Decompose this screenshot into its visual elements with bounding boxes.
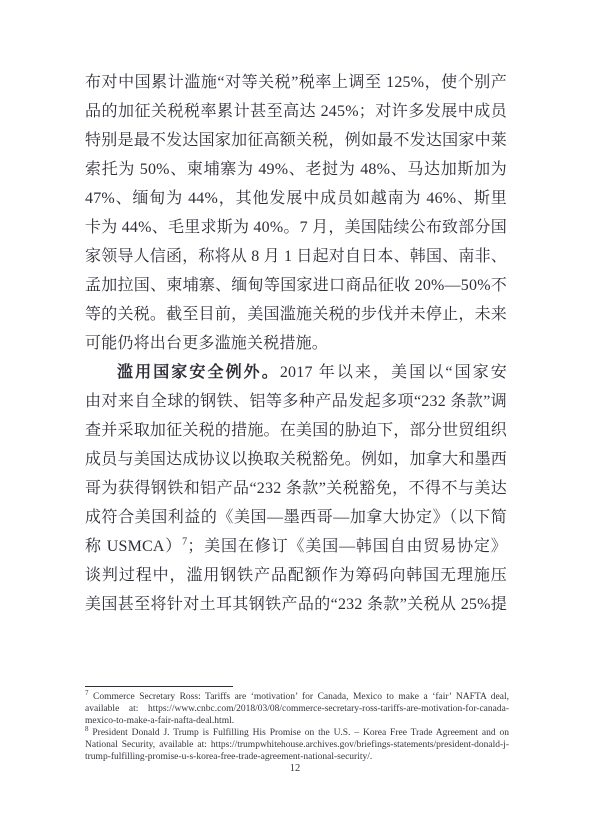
text-line-p2-3: 查并采取加征关税的措施。在美国的胁迫下，部分世贸组织 bbox=[85, 416, 507, 445]
text-line-p2-8: 谈判过程中，滥用钢铁产品配额作为筹码向韩国无理施压8。 bbox=[85, 561, 507, 590]
text-run: 查并采取加征关税的措施。在美国的胁迫下，部分世贸组织 bbox=[85, 422, 507, 439]
text-run: 谈判过程中，滥用钢铁产品配额作为筹码向韩国无理施压 bbox=[85, 567, 507, 584]
page-number: 12 bbox=[0, 763, 590, 774]
text-line-p1-10: 可能仍将出台更多滥施关税措施。 bbox=[85, 329, 507, 358]
text-run: 称 USMCA） bbox=[85, 538, 182, 555]
text-run: 等的关税。截至目前，美国滥施关税的步伐并未停止，未来 bbox=[85, 306, 507, 323]
text-run: 哥为获得钢铁和铝产品“232 条款”关税豁免，不得不与美达 bbox=[85, 480, 507, 497]
text-line-p2-2: 由对来自全球的钢铁、铝等多种产品发起多项“232 条款”调 bbox=[85, 387, 507, 416]
text-run: 布对中国累计滥施“对等关税”税率上调至 125%，使个别产 bbox=[85, 74, 507, 91]
footnote-text: Commerce Secretary Ross: Tariffs are ‘mo… bbox=[85, 692, 509, 726]
footnote-8: 8 President Donald J. Trump is Fulfillin… bbox=[85, 727, 509, 763]
document-page: 布对中国累计滥施“对等关税”税率上调至 125%，使个别产品的加征关税税率累计甚… bbox=[0, 0, 590, 825]
text-line-p1-1: 布对中国累计滥施“对等关税”税率上调至 125%，使个别产 bbox=[85, 68, 507, 97]
text-line-p2-5: 哥为获得钢铁和铝产品“232 条款”关税豁免，不得不与美达 bbox=[85, 474, 507, 503]
text-line-p1-4: 索托为 50%、柬埔寨为 49%、老挝为 48%、马达加斯加为 bbox=[85, 155, 507, 184]
text-run: 47%、缅甸为 44%，其他发展中成员如越南为 46%、斯里兰 bbox=[85, 190, 507, 213]
text-run: 索托为 50%、柬埔寨为 49%、老挝为 48%、马达加斯加为 bbox=[85, 161, 507, 178]
text-run: 家领导人信函，称将从 8 月 1 日起对自日本、韩国、南非、 bbox=[85, 248, 507, 265]
text-line-p2-1: 滥用国家安全例外。2017 年以来，美国以“国家安全”为 bbox=[85, 358, 507, 387]
footnotes: 7 Commerce Secretary Ross: Tariffs are ‘… bbox=[85, 691, 509, 763]
text-run: 卡为 44%、毛里求斯为 40%。7 月，美国陆续公布致部分国 bbox=[85, 219, 507, 236]
text-run: 由对来自全球的钢铁、铝等多种产品发起多项“232 条款”调 bbox=[85, 393, 507, 410]
footnote-text: President Donald J. Trump is Fulfilling … bbox=[85, 728, 509, 762]
text-line-p2-7: 称 USMCA）7；美国在修订《美国—韩国自由贸易协定》的 bbox=[85, 532, 507, 561]
text-line-p1-5: 47%、缅甸为 44%，其他发展中成员如越南为 46%、斯里兰 bbox=[85, 184, 507, 213]
text-line-p1-8: 孟加拉国、柬埔寨、缅甸等国家进口商品征收 20%—50%不 bbox=[85, 271, 507, 300]
text-line-p1-9: 等的关税。截至目前，美国滥施关税的步伐并未停止，未来 bbox=[85, 300, 507, 329]
text-line-p2-4: 成员与美国达成协议以换取关税豁免。例如，加拿大和墨西 bbox=[85, 445, 507, 474]
footnote-7: 7 Commerce Secretary Ross: Tariffs are ‘… bbox=[85, 691, 509, 727]
text-run: 成员与美国达成协议以换取关税豁免。例如，加拿大和墨西 bbox=[85, 451, 507, 468]
text-line-p2-9: 美国甚至将针对土耳其钢铁产品的“232 条款”关税从 25%提 bbox=[85, 590, 507, 619]
text-line-p1-3: 特别是最不发达国家加征高额关税，例如最不发达国家中莱 bbox=[85, 126, 507, 155]
text-run: 可能仍将出台更多滥施关税措施。 bbox=[85, 335, 328, 352]
text-run: 成符合美国利益的《美国—墨西哥—加拿大协定》（以下简 bbox=[85, 509, 507, 526]
text-run: 品的加征关税税率累计甚至高达 245%；对许多发展中成员 bbox=[85, 103, 507, 120]
bold-run: 滥用国家安全例外。 bbox=[117, 364, 280, 381]
footnote-separator bbox=[85, 686, 233, 687]
text-run: 特别是最不发达国家加征高额关税，例如最不发达国家中莱 bbox=[85, 132, 507, 149]
text-line-p2-6: 成符合美国利益的《美国—墨西哥—加拿大协定》（以下简 bbox=[85, 503, 507, 532]
text-run: 美国甚至将针对土耳其钢铁产品的“232 条款”关税从 25%提 bbox=[85, 596, 507, 613]
text-line-p1-2: 品的加征关税税率累计甚至高达 245%；对许多发展中成员 bbox=[85, 97, 507, 126]
text-line-p1-7: 家领导人信函，称将从 8 月 1 日起对自日本、韩国、南非、 bbox=[85, 242, 507, 271]
text-run: 孟加拉国、柬埔寨、缅甸等国家进口商品征收 20%—50%不 bbox=[85, 277, 507, 294]
text-line-p1-6: 卡为 44%、毛里求斯为 40%。7 月，美国陆续公布致部分国 bbox=[85, 213, 507, 242]
body-text: 布对中国累计滥施“对等关税”税率上调至 125%，使个别产品的加征关税税率累计甚… bbox=[85, 68, 507, 619]
